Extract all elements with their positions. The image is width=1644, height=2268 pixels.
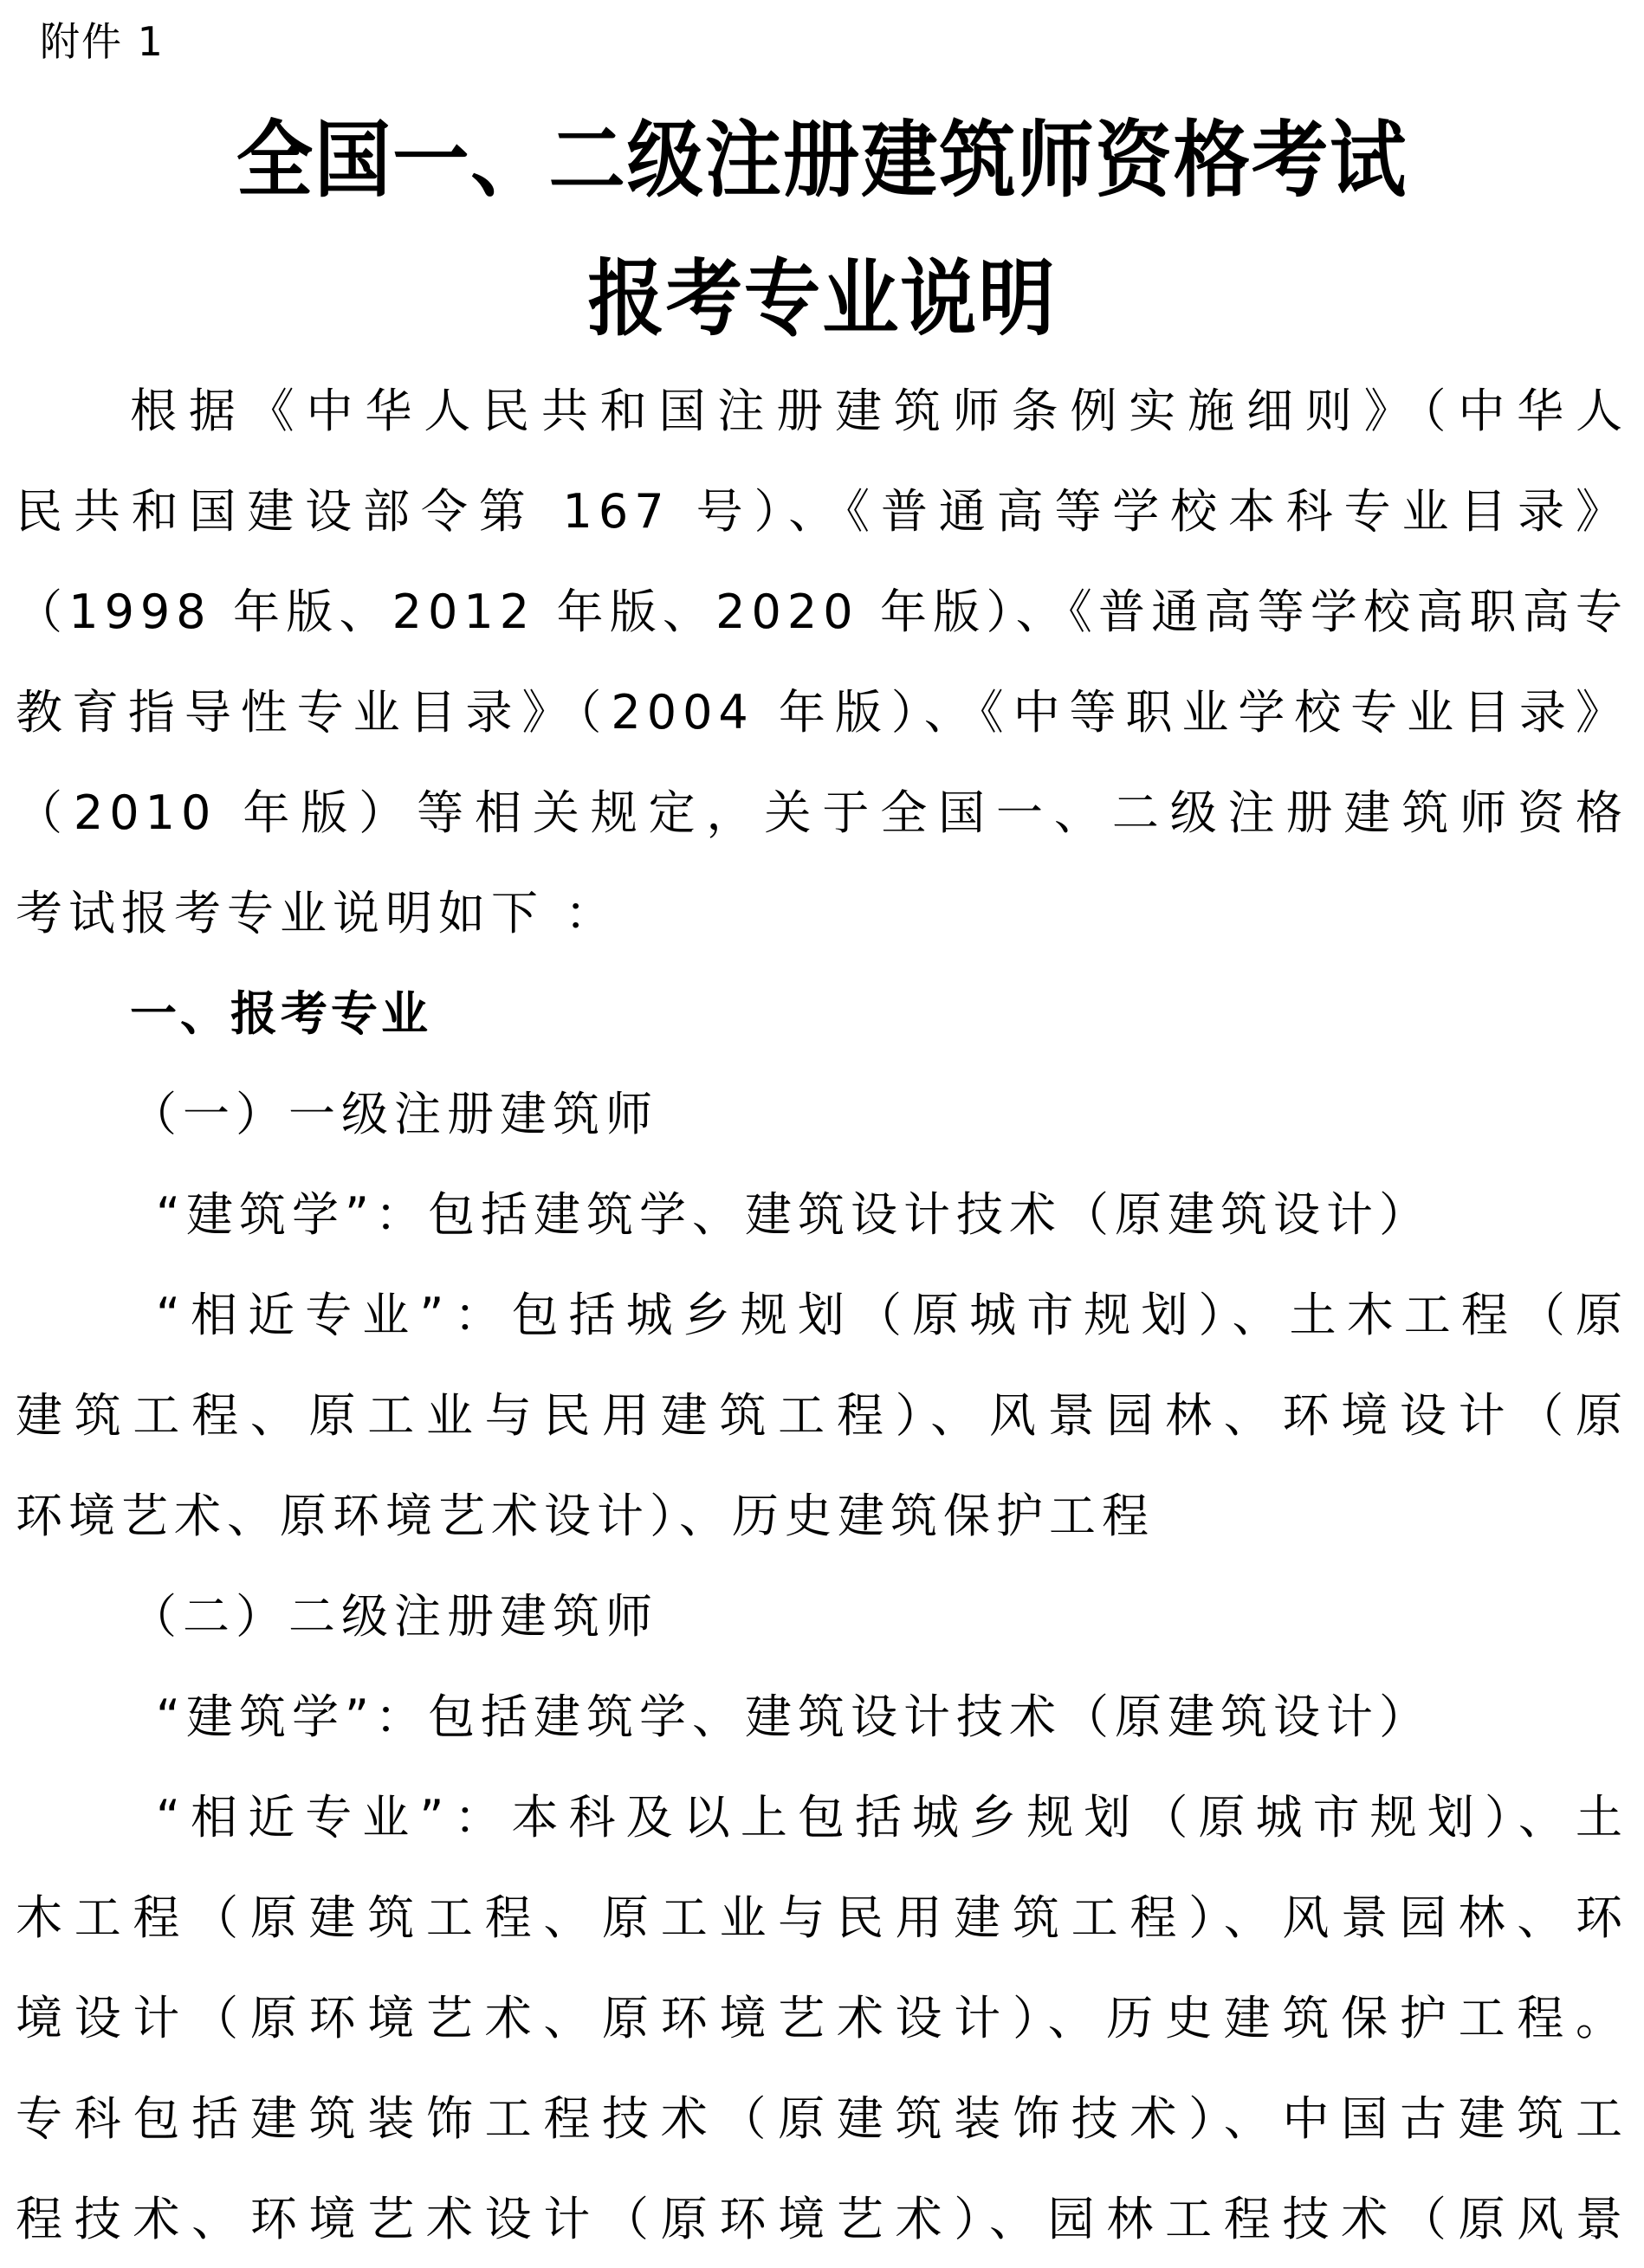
paragraph-line: 考试报考专业说明如下 ： bbox=[16, 883, 1628, 944]
paragraph-line: “建筑学”：包括建筑学、建筑设计技术（原建筑设计） bbox=[156, 1185, 1644, 1245]
paragraph-line: （2010 年版）等相关规定，关于全国一、二级注册建筑师资格 bbox=[16, 783, 1628, 843]
subsection-heading: （二）二级注册建筑师 bbox=[130, 1586, 1644, 1647]
paragraph-line: 根据《中华人民共和国注册建筑师条例实施细则》（中华人 bbox=[130, 381, 1628, 442]
paragraph-line: “相近专业”：本科及以上包括城乡规划（原城市规划）、土 bbox=[156, 1787, 1628, 1848]
paragraph-line: 建筑工程、原工业与民用建筑工程）、风景园林、环境设计（原 bbox=[16, 1386, 1628, 1446]
paragraph-line: 木工程（原建筑工程、原工业与民用建筑工程）、风景园林、环 bbox=[16, 1888, 1628, 1948]
paragraph-line: 境设计（原环境艺术、原环境艺术设计）、历史建筑保护工程。 bbox=[16, 1988, 1628, 2049]
subsection-heading: （一）一级注册建筑师 bbox=[130, 1084, 1644, 1145]
paragraph-line: 民共和国建设部令第 167 号）、《普通高等学校本科专业目录》 bbox=[16, 481, 1628, 542]
paragraph-line: 环境艺术、原环境艺术设计）、历史建筑保护工程 bbox=[16, 1486, 1628, 1547]
attachment-label: 附件 1 bbox=[40, 16, 165, 68]
paragraph-line: “建筑学”：包括建筑学、建筑设计技术（原建筑设计） bbox=[156, 1687, 1644, 1748]
document-title: 全国一、二级注册建筑师资格考试 bbox=[66, 113, 1578, 208]
paragraph-line: 程技术、环境艺术设计（原环境艺术）、园林工程技术（原风景 bbox=[16, 2189, 1628, 2250]
document-subtitle: 报考专业说明 bbox=[66, 251, 1578, 346]
paragraph-line: （1998 年版、2012 年版、2020 年版）、《普通高等学校高职高专 bbox=[16, 582, 1628, 643]
paragraph-line: “相近专业”：包括城乡规划（原城市规划）、土木工程（原 bbox=[156, 1285, 1628, 1346]
paragraph-line: 教育指导性专业目录》（2004 年版）、《中等职业学校专业目录》 bbox=[16, 682, 1628, 743]
section-heading: 一、报考专业 bbox=[130, 984, 1644, 1044]
paragraph-line: 专科包括建筑装饰工程技术（原建筑装饰技术）、中国古建筑工 bbox=[16, 2089, 1628, 2149]
document-page: 附件 1 全国一、二级注册建筑师资格考试 报考专业说明 根据《中华人民共和国注册… bbox=[0, 0, 1644, 2268]
